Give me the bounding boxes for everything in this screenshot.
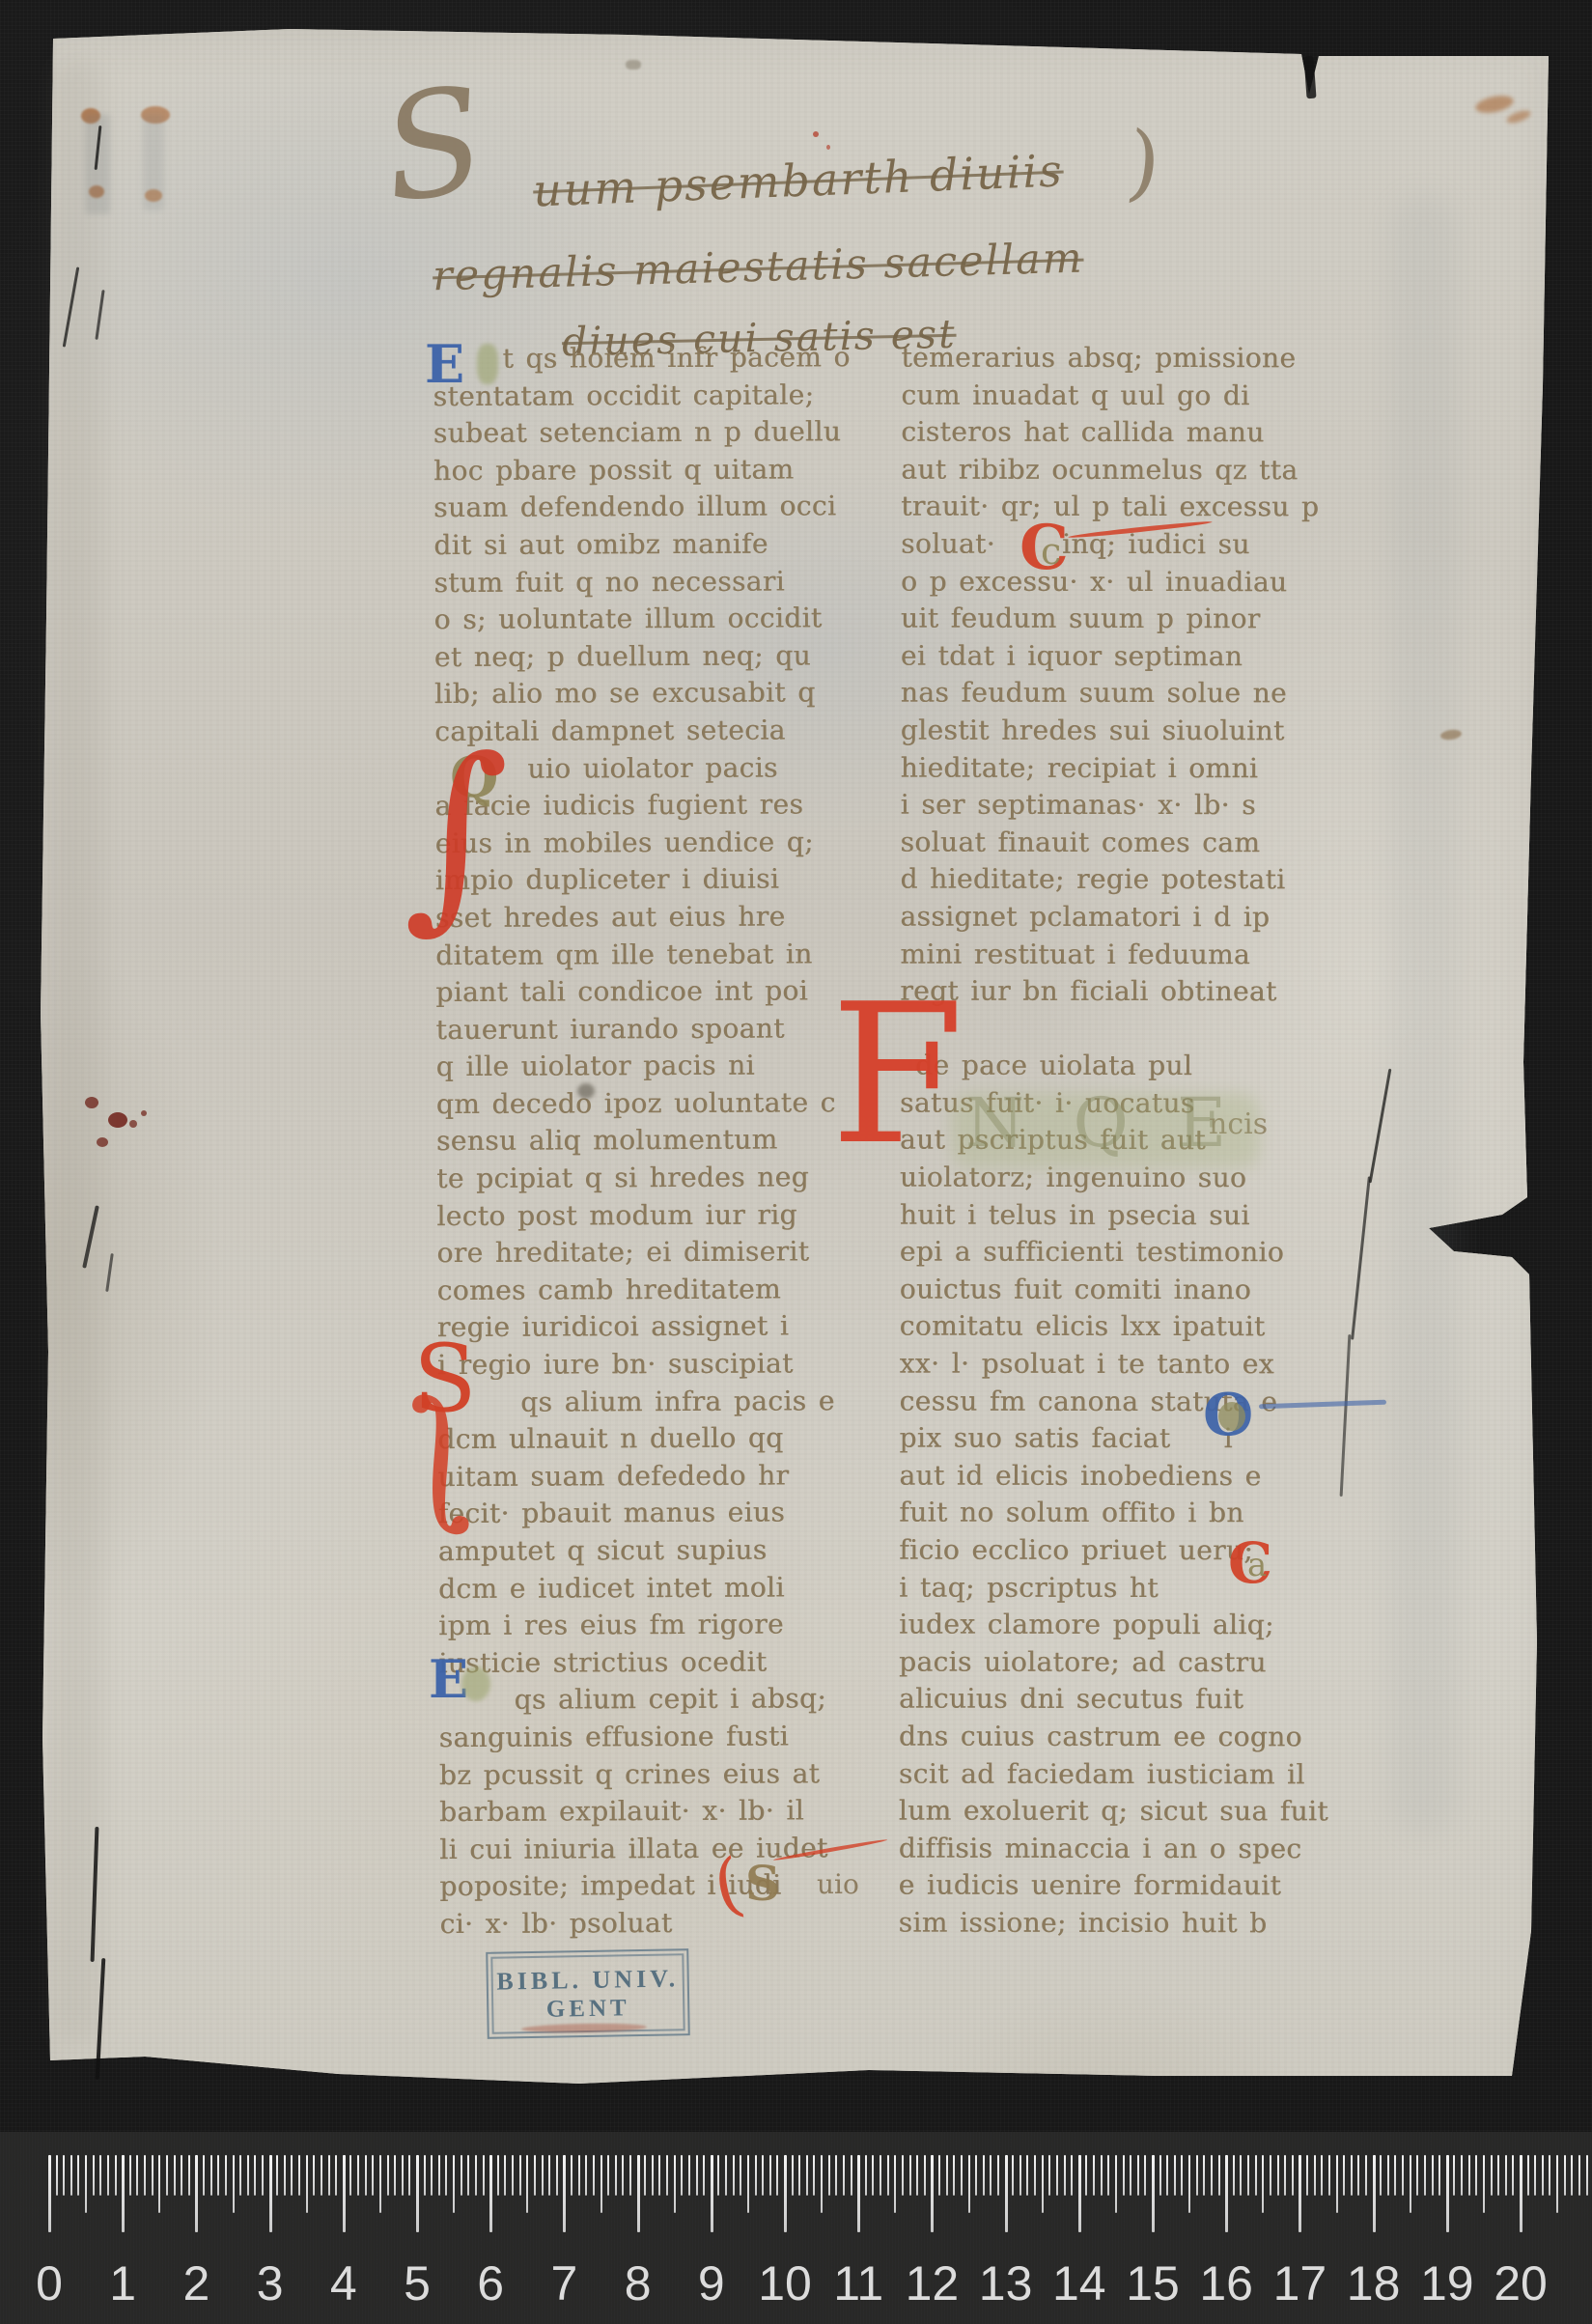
ruler-half-cm-tick xyxy=(968,2155,970,2213)
initial-gold-s2-icon: S xyxy=(745,1860,780,1908)
ruler-mm-tick xyxy=(542,2155,544,2196)
ruler-mm-tick xyxy=(129,2155,131,2196)
ruler-cm-tick xyxy=(784,2155,787,2232)
ruler-mm-tick xyxy=(740,2155,741,2196)
manuscript-text-line: temerarius absq; pmissione xyxy=(901,340,1383,378)
manuscript-text-line: ci· x· lb· psoluat xyxy=(439,1904,922,1944)
ruler-half-cm-tick xyxy=(600,2155,602,2213)
ruler-mm-tick xyxy=(1064,2155,1066,2196)
ruler-cm-tick xyxy=(1299,2155,1301,2232)
ruler-mm-tick xyxy=(1306,2155,1308,2196)
ruler-mm-tick xyxy=(1056,2155,1058,2196)
ruler-mm-tick xyxy=(276,2155,278,2196)
ruler-mm-tick xyxy=(880,2155,881,2196)
ruler-mm-tick xyxy=(571,2155,573,2196)
ruler-number-11: 11 xyxy=(833,2255,883,2311)
ruler-mm-tick xyxy=(1284,2155,1286,2196)
ruler-mm-tick xyxy=(1012,2155,1014,2196)
manuscript-text-line: d hieditate; regie potestati xyxy=(900,861,1383,899)
manuscript-text-line: o s; uoluntate illum occidit xyxy=(434,600,917,639)
ruler-number-8: 8 xyxy=(625,2255,652,2311)
manuscript-text-line: ei tdat i iquor septiman xyxy=(901,637,1383,675)
ruler-number-6: 6 xyxy=(477,2255,504,2311)
manuscript-text-line: trauit· qr; ul p tali excessu p xyxy=(901,489,1383,526)
ruler-half-cm-tick xyxy=(1483,2155,1485,2213)
stamp-text-line-2: GENT xyxy=(546,1995,630,2024)
top-edge-notch-shadow xyxy=(1303,56,1316,99)
ruler-mm-tick xyxy=(1270,2155,1271,2196)
ruler-number-20: 20 xyxy=(1494,2255,1548,2311)
red-splatter xyxy=(141,1110,147,1116)
ruler-mm-tick xyxy=(1233,2155,1235,2196)
manuscript-text-line: nas feudum suum solue ne xyxy=(901,675,1383,713)
manuscript-text-line: huit i telus in psecia sui xyxy=(900,1196,1383,1234)
ruler-mm-tick xyxy=(321,2155,322,2196)
ruler-mm-tick xyxy=(188,2155,190,2196)
ruler-mm-tick xyxy=(1292,2155,1294,2196)
ruler-number-4: 4 xyxy=(330,2255,357,2311)
manuscript-text-line: aut id elicis inobediens e xyxy=(899,1457,1382,1495)
ruler-half-cm-tick xyxy=(526,2155,528,2213)
ruler-half-cm-tick xyxy=(453,2155,455,2213)
ink-smudge xyxy=(577,1083,595,1099)
ruler-cm-tick xyxy=(1373,2155,1376,2232)
manuscript-text-line: diffisis minaccia i an o spec xyxy=(899,1830,1382,1867)
ruler-mm-tick xyxy=(497,2155,499,2196)
manuscript-text-line: hieditate; recipiat i omni xyxy=(901,749,1383,787)
initial-big-red-f-icon: F xyxy=(830,979,964,1172)
ruler-mm-tick xyxy=(1123,2155,1125,2196)
ruler-mm-tick xyxy=(431,2155,433,2196)
ruler-mm-tick xyxy=(1019,2155,1021,2196)
ruler-mm-tick xyxy=(63,2155,65,2196)
ruler-mm-tick xyxy=(938,2155,940,2196)
red-splatter xyxy=(108,1112,127,1128)
manuscript-text-line: stentatam occidit capitale; xyxy=(433,377,916,416)
manuscript-text-line: qs alium infra pacis e xyxy=(437,1383,920,1422)
ruler-mm-tick xyxy=(828,2155,830,2196)
ruler-cm-tick xyxy=(1152,2155,1155,2232)
ruler-mm-tick xyxy=(1093,2155,1095,2196)
ruler-mm-tick xyxy=(262,2155,264,2196)
initial-gold-a-inner-icon: a xyxy=(1247,1549,1267,1582)
red-dot xyxy=(826,145,830,150)
ruler-mm-tick xyxy=(924,2155,926,2196)
ruler-half-cm-tick xyxy=(85,2155,87,2213)
manuscript-text-line: dns cuius castrum ee cogno xyxy=(899,1719,1382,1756)
gutter-shading xyxy=(54,58,102,2047)
ruler-mm-tick xyxy=(1380,2155,1382,2196)
ruler-mm-tick xyxy=(519,2155,521,2196)
manuscript-text-line: epi a sufficienti testimonio xyxy=(900,1234,1383,1272)
pen-trial-mark xyxy=(626,60,641,70)
ruler-mm-tick xyxy=(1343,2155,1345,2196)
manuscript-text-line: barbam expilauit· x· lb· il xyxy=(439,1792,922,1832)
ruler-mm-tick xyxy=(666,2155,668,2196)
manuscript-text-line: mini restituat i feduuma xyxy=(900,936,1383,973)
ruler-mm-tick xyxy=(438,2155,440,2196)
ruler-mm-tick xyxy=(1497,2155,1499,2196)
manuscript-text-line: o p excessu· x· ul inuadiau xyxy=(901,563,1383,601)
ruler-cm-tick xyxy=(711,2155,713,2232)
ruler-mm-tick xyxy=(851,2155,852,2196)
ruler-number-3: 3 xyxy=(257,2255,284,2311)
ruler-number-15: 15 xyxy=(1126,2255,1180,2311)
ruler-mm-tick xyxy=(578,2155,580,2196)
manuscript-text-line: alicuius dni secutus fuit xyxy=(899,1681,1382,1719)
ruler-mm-tick xyxy=(328,2155,330,2196)
ruler-mm-tick xyxy=(1247,2155,1249,2196)
manuscript-text-line: soluat finauit comes cam xyxy=(901,824,1383,861)
ruler-cm-tick xyxy=(1446,2155,1449,2232)
ruler-mm-tick xyxy=(946,2155,948,2196)
manuscript-text-line: i regio iure bn· suscipiat xyxy=(437,1345,920,1385)
manuscript-text-line: cum inuadat q uul go di xyxy=(901,377,1383,414)
ruler-mm-tick xyxy=(953,2155,955,2196)
ruler-mm-tick xyxy=(1424,2155,1426,2196)
initial-gold-c-inner-icon: c xyxy=(1041,533,1061,570)
ruler-mm-tick xyxy=(1491,2155,1493,2196)
ruler-number-2: 2 xyxy=(182,2255,209,2311)
ruler-mm-tick xyxy=(593,2155,595,2196)
ruler-mm-tick xyxy=(534,2155,536,2196)
ruler-half-cm-tick xyxy=(1336,2155,1338,2213)
ruler-mm-tick xyxy=(792,2155,794,2196)
ruler-cm-tick xyxy=(122,2155,125,2232)
ruler-mm-tick xyxy=(1527,2155,1529,2196)
ruler-cm-tick xyxy=(857,2155,860,2232)
manuscript-text-line: sanguinis effusione fusti xyxy=(439,1718,922,1757)
ruler-cm-tick xyxy=(1520,2155,1522,2232)
ruler-mm-tick xyxy=(1107,2155,1109,2196)
manuscript-text-line: fuit no solum offito i bn xyxy=(899,1495,1382,1532)
ruler-cm-tick xyxy=(563,2155,566,2232)
ruler-mm-tick xyxy=(703,2155,705,2196)
ruler-mm-tick xyxy=(225,2155,227,2196)
manuscript-text-line: subeat setenciam n p duellu xyxy=(433,413,916,453)
ruler-mm-tick xyxy=(1416,2155,1418,2196)
ruler-half-cm-tick xyxy=(158,2155,160,2213)
ruler-mm-tick xyxy=(394,2155,396,2196)
ruler-mm-tick xyxy=(916,2155,918,2196)
ruler-mm-tick xyxy=(152,2155,154,2196)
ruler-mm-tick xyxy=(115,2155,117,2196)
manuscript-text-line: scit ad faciedam iusticiam il xyxy=(899,1755,1382,1793)
manuscript-text-line: dit si aut omibz manife xyxy=(433,525,916,565)
ruler-mm-tick xyxy=(975,2155,977,2196)
ruler-mm-tick xyxy=(1365,2155,1367,2196)
ruler-half-cm-tick xyxy=(894,2155,896,2213)
ruler-mm-tick xyxy=(357,2155,359,2196)
ruler-mm-tick xyxy=(1328,2155,1330,2196)
ruler-mm-tick xyxy=(1034,2155,1036,2196)
ruler-number-16: 16 xyxy=(1199,2255,1253,2311)
ruler-half-cm-tick xyxy=(821,2155,823,2213)
ruler-mm-tick xyxy=(1468,2155,1470,2196)
ruler-mm-tick xyxy=(1277,2155,1279,2196)
ruler-mm-tick xyxy=(1534,2155,1536,2196)
ruler-mm-tick xyxy=(483,2155,485,2196)
ruler-cm-tick xyxy=(637,2155,640,2232)
header-initial-s-icon: S xyxy=(375,68,493,225)
ghost-streak xyxy=(143,114,164,210)
ruler-mm-tick xyxy=(1159,2155,1161,2196)
ruler-mm-tick xyxy=(806,2155,808,2196)
ruler-mm-tick xyxy=(475,2155,477,2196)
ruler-number-5: 5 xyxy=(404,2255,431,2311)
manuscript-text-line: ipm i res eius fm rigore xyxy=(438,1606,921,1645)
ruler-mm-tick xyxy=(644,2155,646,2196)
ruler-mm-tick xyxy=(284,2155,286,2196)
manuscript-text-line: amputet q sicut supius xyxy=(438,1531,921,1571)
ruler-number-17: 17 xyxy=(1273,2255,1327,2311)
ruler-mm-tick xyxy=(548,2155,550,2196)
ruler-mm-tick xyxy=(298,2155,300,2196)
ruler-mm-tick xyxy=(696,2155,698,2196)
ruler-mm-tick xyxy=(217,2155,219,2196)
ruler-mm-tick xyxy=(1475,2155,1477,2196)
ruler-mm-tick xyxy=(335,2155,337,2196)
ruler-mm-tick xyxy=(166,2155,168,2196)
manuscript-text-line: i taq; pscriptus ht xyxy=(899,1569,1382,1607)
ruler-mm-tick xyxy=(1130,2155,1131,2196)
manuscript-text-line: comitatu elicis lxx ipatuit xyxy=(900,1308,1383,1346)
ruler-mm-tick xyxy=(1586,2155,1588,2196)
manuscript-text-line: fecit· pbauit manus eius xyxy=(438,1494,921,1533)
ruler-mm-tick xyxy=(239,2155,241,2196)
manuscript-text-line: dcm ulnauit n duello qq xyxy=(437,1419,920,1459)
ruler-mm-tick xyxy=(1564,2155,1566,2196)
ruler-number-13: 13 xyxy=(979,2255,1033,2311)
ruler-mm-tick xyxy=(733,2155,735,2196)
ruler-number-0: 0 xyxy=(36,2255,63,2311)
ruler-mm-tick xyxy=(512,2155,514,2196)
ruler-half-cm-tick xyxy=(1188,2155,1190,2213)
red-s-tail-flourish-icon: ∫ xyxy=(396,1381,486,1532)
ruler-mm-tick xyxy=(93,2155,95,2196)
ruler-mm-tick xyxy=(174,2155,176,2196)
manuscript-text-line: assignet pclamatori i d ip xyxy=(900,898,1383,936)
ruler-mm-tick xyxy=(688,2155,690,2196)
ruler-half-cm-tick xyxy=(1042,2155,1044,2213)
ruler-mm-tick xyxy=(387,2155,389,2196)
ruler-half-cm-tick xyxy=(1410,2155,1411,2213)
manuscript-text-line: stum fuit q no necessari xyxy=(433,562,916,602)
red-marginal-flourish-icon: ∫ xyxy=(404,732,509,935)
manuscript-text-line: iudex clamore populi aliq; xyxy=(899,1607,1382,1644)
ruler-mm-tick xyxy=(755,2155,757,2196)
manuscript-text-line: pacis uiolatore; ad castru xyxy=(899,1643,1382,1681)
manuscript-text-line: ficio ecclico priuet ueru; xyxy=(899,1532,1382,1570)
ruler-mm-tick xyxy=(629,2155,631,2196)
olive-heading-wash xyxy=(951,1093,1260,1168)
manuscript-text-line: pix suo satis faciat i xyxy=(899,1420,1382,1458)
ruler-cm-tick xyxy=(343,2155,346,2232)
manuscript-text-line: glestit hredes sui siuoluint xyxy=(901,713,1383,750)
ruler-mm-tick xyxy=(1211,2155,1213,2196)
ruler-mm-tick xyxy=(247,2155,249,2196)
ruler-mm-tick xyxy=(70,2155,72,2196)
manuscript-text-line: xx· l· psoluat i te tanto ex xyxy=(900,1346,1383,1384)
ruler-mm-tick xyxy=(1351,2155,1353,2196)
manuscript-text-line: ore hreditate; ei dimiserit xyxy=(436,1233,919,1273)
ruler-mm-tick xyxy=(1314,2155,1316,2196)
manuscript-text-line: uit feudum suum p pinor xyxy=(901,601,1383,638)
ruler-mm-tick xyxy=(1048,2155,1050,2196)
ruler-mm-tick xyxy=(865,2155,867,2196)
manuscript-text-line: lecto post modum iur rig xyxy=(436,1196,919,1236)
olive-face-wash xyxy=(461,1666,490,1701)
ruler-number-9: 9 xyxy=(698,2255,725,2311)
ruler-mm-tick xyxy=(461,2155,462,2196)
ruler-mm-tick xyxy=(210,2155,212,2196)
ruler-mm-tick xyxy=(681,2155,683,2196)
ruler-mm-tick xyxy=(1578,2155,1580,2196)
ruler-mm-tick xyxy=(1321,2155,1323,2196)
manuscript-text-line: iusticie strictius ocedit xyxy=(438,1643,921,1683)
manuscript-text-line: hoc pbare possit q uitam xyxy=(433,451,916,490)
ruler-mm-tick xyxy=(1166,2155,1168,2196)
ruler-mm-tick xyxy=(1387,2155,1389,2196)
ruler-mm-tick xyxy=(313,2155,315,2196)
ruler-mm-tick xyxy=(1255,2155,1257,2196)
ruler-mm-tick xyxy=(725,2155,727,2196)
ruler-mm-tick xyxy=(1505,2155,1507,2196)
manuscript-text-line: et neq; p duellum neq; qu xyxy=(434,637,917,677)
ruler-mm-tick xyxy=(372,2155,374,2196)
ruler-mm-tick xyxy=(798,2155,800,2196)
manuscript-text-line: cisteros hat callida manu xyxy=(901,414,1383,452)
ruler-mm-tick xyxy=(652,2155,654,2196)
ruler-mm-tick xyxy=(107,2155,109,2196)
ruler-number-14: 14 xyxy=(1052,2255,1106,2311)
ruler-half-cm-tick xyxy=(674,2155,676,2213)
ruler-mm-tick xyxy=(1174,2155,1176,2196)
ruler-mm-tick xyxy=(843,2155,845,2196)
ruler-mm-tick xyxy=(1438,2155,1440,2196)
red-dot xyxy=(813,131,819,137)
olive-initial-center xyxy=(1218,1402,1245,1431)
manuscript-text-line: sim issione; incisio huit b xyxy=(899,1905,1382,1943)
ruler-cm-tick xyxy=(1078,2155,1081,2232)
ruler-half-cm-tick xyxy=(379,2155,381,2213)
ruler-mm-tick xyxy=(615,2155,617,2196)
ruler-mm-tick xyxy=(365,2155,367,2196)
ruler-cm-tick xyxy=(269,2155,272,2232)
ruler-cm-tick xyxy=(1225,2155,1228,2232)
ruler-half-cm-tick xyxy=(1262,2155,1264,2213)
ruler-mm-tick xyxy=(1402,2155,1404,2196)
ruler-cm-tick xyxy=(416,2155,419,2232)
ruler-number-1: 1 xyxy=(109,2255,136,2311)
ruler-mm-tick xyxy=(181,2155,182,2196)
manuscript-text-line: suam defendendo illum occi xyxy=(433,488,916,527)
manuscript-text-line: dcm e iudicet intet moli xyxy=(438,1568,921,1608)
ruler-half-cm-tick xyxy=(1556,2155,1558,2213)
manuscript-text-line: de pace uiolata pul xyxy=(900,1048,1383,1085)
ruler-cm-tick xyxy=(489,2155,492,2232)
ruler-mm-tick xyxy=(887,2155,889,2196)
ruler-number-12: 12 xyxy=(906,2255,960,2311)
ruler-mm-tick xyxy=(769,2155,771,2196)
ruler-mm-tick xyxy=(1432,2155,1434,2196)
ruler-mm-tick xyxy=(762,2155,764,2196)
text-fragment-uio: uio xyxy=(817,1871,859,1898)
ruler-mm-tick xyxy=(909,2155,911,2196)
manuscript-text-line: aut ribibz ocunmelus qz tta xyxy=(901,451,1383,489)
ruler-mm-tick xyxy=(1071,2155,1073,2196)
ruler-half-cm-tick xyxy=(233,2155,235,2213)
red-splatter xyxy=(129,1120,137,1128)
ruler-cm-tick xyxy=(195,2155,198,2232)
ruler-mm-tick xyxy=(961,2155,963,2196)
initial-blue-e-icon: E xyxy=(425,338,464,390)
ruler-mm-tick xyxy=(1101,2155,1103,2196)
manuscript-photograph: uum psembarth diuiis regnalis maiestatis… xyxy=(0,0,1592,2324)
ruler-mm-tick xyxy=(1542,2155,1544,2196)
manuscript-text-line: uitam suam defededo hr xyxy=(437,1457,920,1497)
ruler-mm-tick xyxy=(1196,2155,1198,2196)
ruler-mm-tick xyxy=(56,2155,58,2196)
ruler-number-7: 7 xyxy=(550,2255,577,2311)
ruler-cm-tick xyxy=(48,2155,51,2232)
ruler-mm-tick xyxy=(144,2155,146,2196)
ruler-mm-tick xyxy=(997,2155,999,2196)
ruler-mm-tick xyxy=(1218,2155,1220,2196)
fold-shading xyxy=(1390,193,1458,1834)
ruler-mm-tick xyxy=(607,2155,609,2196)
manuscript-text-line: lib; alio mo se excusabit q xyxy=(434,674,917,714)
manuscript-text-line: ouictus fuit comiti inano xyxy=(900,1271,1383,1308)
manuscript-text-line: regt iur bn ficiali obtineat xyxy=(900,973,1383,1011)
ruler-mm-tick xyxy=(1461,2155,1463,2196)
manuscript-text-line: qs alium cepit i absq; xyxy=(438,1680,921,1720)
manuscript-text-line: comes camb hreditatem xyxy=(437,1271,920,1310)
ruler-mm-tick xyxy=(1137,2155,1139,2196)
ruler-mm-tick xyxy=(983,2155,985,2196)
ruler-number-10: 10 xyxy=(758,2255,812,2311)
manuscript-text-line: bz pcussit q crines eius at xyxy=(439,1754,922,1794)
ruler-half-cm-tick xyxy=(1115,2155,1117,2213)
ruler-half-cm-tick xyxy=(306,2155,308,2213)
manuscript-text-line: lum exoluerit q; sicut sua fuit xyxy=(899,1793,1382,1831)
manuscript-text-line: i ser septimanas· x· lb· s xyxy=(901,787,1383,825)
manuscript-text-line: regie iuridicoi assignet i xyxy=(437,1307,920,1347)
ruler-cm-tick xyxy=(931,2155,934,2232)
ruler-mm-tick xyxy=(585,2155,587,2196)
ruler-mm-tick xyxy=(424,2155,426,2196)
ruler-cm-tick xyxy=(1005,2155,1008,2232)
manuscript-text-line: t qs hoiem infr pacem o xyxy=(433,339,915,378)
green-sprig xyxy=(477,344,498,384)
manuscript-text-line: li cui iniuria illata ee iudet xyxy=(439,1830,922,1869)
ruler-mm-tick xyxy=(902,2155,904,2196)
ruler-number-19: 19 xyxy=(1420,2255,1474,2311)
manuscript-text-line xyxy=(900,1010,1383,1048)
ruler-mm-tick xyxy=(402,2155,404,2196)
manuscript-text-line: e iudicis uenire formidauit xyxy=(899,1867,1382,1905)
ruler-half-cm-tick xyxy=(747,2155,749,2213)
ruler-number-18: 18 xyxy=(1347,2255,1401,2311)
stamp-text-line-1: BIBL. UNIV. xyxy=(496,1964,679,1996)
ruler-mm-tick xyxy=(203,2155,205,2196)
ruler-mm-tick xyxy=(556,2155,558,2196)
